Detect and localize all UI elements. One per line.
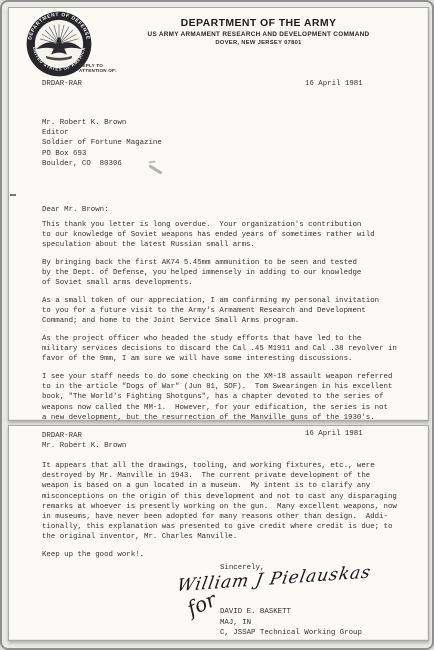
scanned-letter-frame: DEPARTMENT OF DEFENSE UNITED STATES OF A… [0, 0, 434, 650]
body-paragraph: As a small token of our appreciation, I … [42, 296, 400, 327]
reply-to-attention-label: REPLY TO ATTENTION OF: [79, 63, 117, 74]
letter-date: 16 April 1981 [305, 429, 363, 439]
office-symbol: DRDAR-RAR [42, 79, 82, 89]
body-paragraph: This thank you letter is long overdue. Y… [42, 220, 400, 251]
letterhead-location: DOVER, NEW JERSEY 07801 [104, 40, 413, 46]
signer-title: C, JSSAP Technical Working Group [220, 628, 362, 638]
body-paragraph: It appears that all the drawings, toolin… [42, 461, 404, 543]
body-paragraph: As the project officer who headed the st… [42, 334, 400, 365]
office-symbol: DRDAR-RAR [42, 431, 82, 441]
closing-remark: Keep up the good work!. [42, 550, 144, 560]
letterhead-agency: DEPARTMENT OF THE ARMY [104, 17, 413, 29]
letter-page-1: DEPARTMENT OF DEFENSE UNITED STATES OF A… [8, 7, 429, 421]
scan-edge-artifact [10, 194, 16, 196]
addressee-line: Mr. Robert K. Brown [42, 441, 126, 451]
letter-page-2: DRDAR-RAR 16 April 1981 Mr. Robert K. Br… [8, 425, 429, 641]
signer-name: DAVID E. BASKETT [220, 607, 291, 617]
signer-rank: MAJ, IN [220, 618, 251, 628]
letterhead-command: US ARMY ARMAMENT RESEARCH AND DEVELOPMEN… [104, 31, 413, 38]
letter-date: 16 April 1981 [305, 79, 363, 89]
recipient-address-block: Mr. Robert K. Brown Editor Soldier of Fo… [42, 118, 162, 169]
salutation: Dear Mr. Brown: [42, 205, 109, 215]
body-paragraph: I see your staff needs to do some checki… [42, 372, 400, 423]
body-paragraph: By bringing back the first AK74 5.45mm a… [42, 258, 400, 289]
